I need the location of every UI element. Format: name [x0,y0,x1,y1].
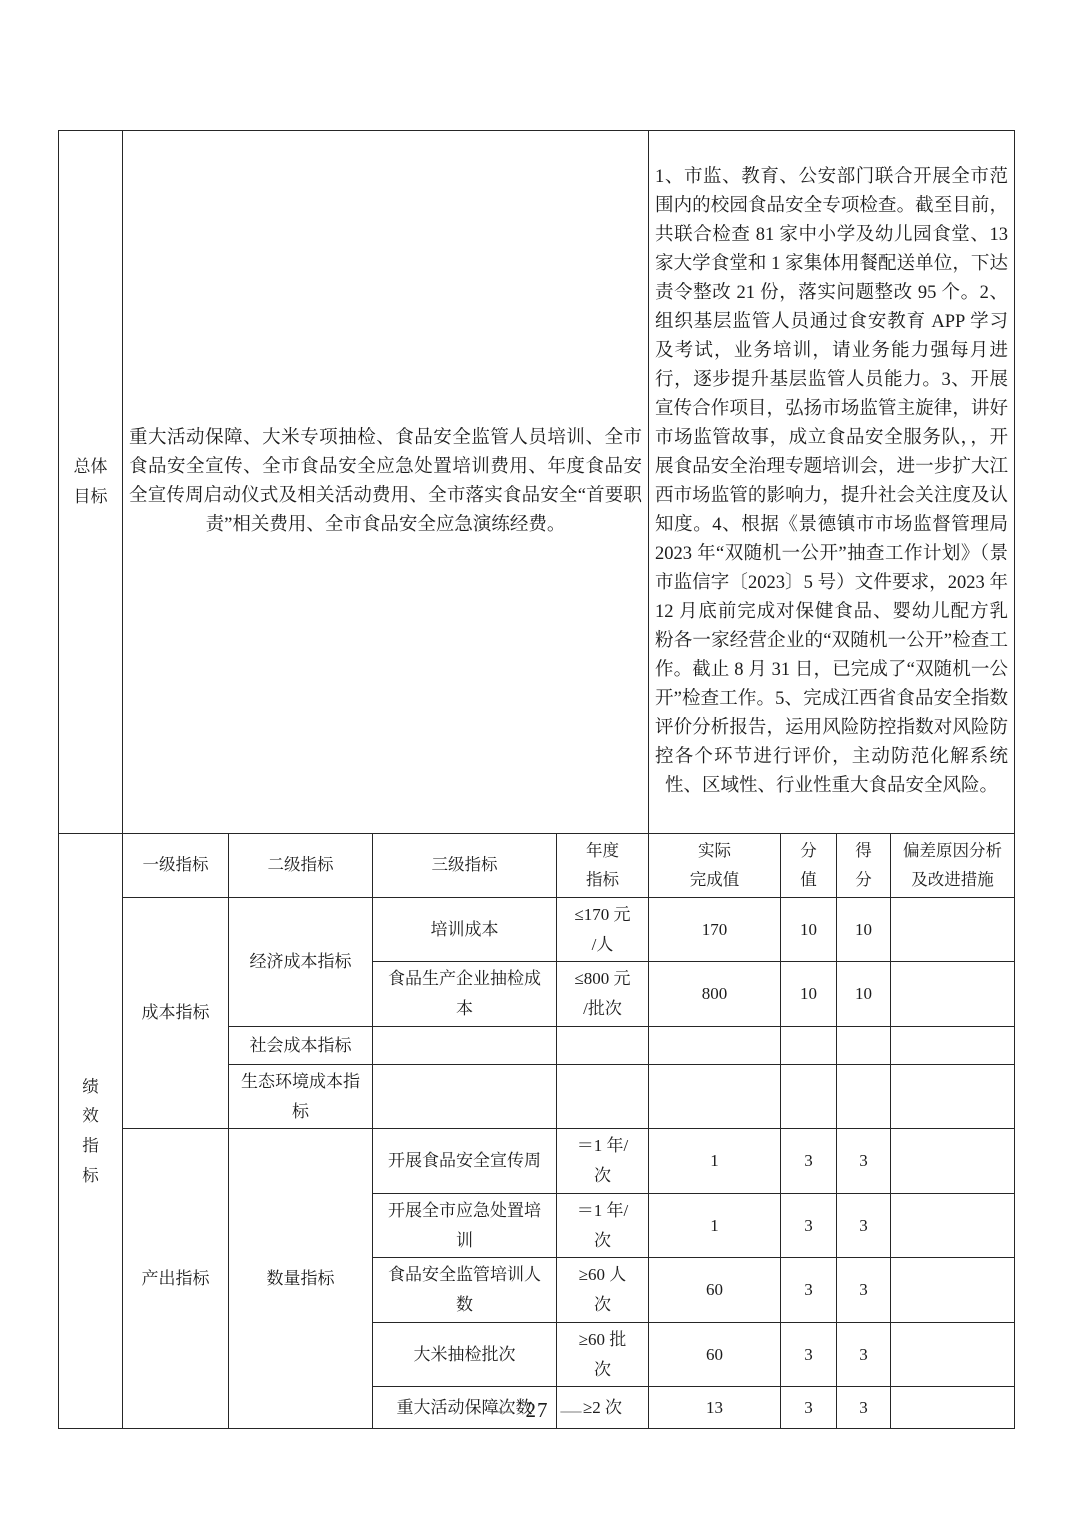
cell-score: 3 [837,1258,891,1323]
cell-actual-value: 170 [649,897,781,962]
footer-right-dash: — [561,1398,583,1422]
indicator-header-row: 绩 效 指 标 一级指标 二级指标 三级指标 年度 指标 实际 完成值 分 值 … [59,833,1015,897]
cell-score-value [781,1064,837,1129]
cell-actual-value [649,1064,781,1129]
cell-level3-training-cost: 培训成本 [373,897,557,962]
page-number: 27 [526,1398,549,1422]
cell-score-value: 3 [781,1129,837,1194]
cell-annual-target [557,1064,649,1129]
cell-level3-empty [373,1026,557,1064]
cell-deviation [891,1026,1015,1064]
cell-score: 10 [837,962,891,1027]
cell-score-value: 3 [781,1258,837,1323]
header-score: 得 分 [837,833,891,897]
cell-score [837,1064,891,1129]
cell-annual-target: ≥60 人 次 [557,1258,649,1323]
cell-level2-eco-env-cost: 生态环境成本指 标 [229,1064,373,1129]
footer-left-dash: — [492,1398,514,1422]
cell-level3-rice-sampling: 大米抽检批次 [373,1322,557,1387]
cell-level2-quantity: 数量指标 [229,1129,373,1429]
cell-level2-social-cost: 社会成本指标 [229,1026,373,1064]
cell-level1-output: 产出指标 [123,1129,229,1429]
header-deviation: 偏差原因分析 及改进措施 [891,833,1015,897]
header-level2: 二级指标 [229,833,373,897]
cell-deviation [891,1064,1015,1129]
cell-annual-target: ≤800 元 /批次 [557,962,649,1027]
cell-deviation [891,1322,1015,1387]
header-level3: 三级指标 [373,833,557,897]
annual-summary-cell: 1、市监、教育、公安部门联合开展全市范围内的校园食品安全专项检查。截至目前，共联… [649,131,1015,834]
cell-score-value: 10 [781,897,837,962]
cell-level1-cost: 成本指标 [123,897,229,1129]
cell-actual-value: 1 [649,1129,781,1194]
cell-level3-emergency-training: 开展全市应急处置培 训 [373,1193,557,1258]
cell-score-value: 3 [781,1193,837,1258]
cell-annual-target [557,1026,649,1064]
cell-score-value [781,1026,837,1064]
cell-score: 10 [837,897,891,962]
cell-level3-empty [373,1064,557,1129]
cell-actual-value: 60 [649,1258,781,1323]
overall-goal-row-label: 总体 目标 [59,131,123,834]
cell-level3-sampling-cost: 食品生产企业抽检成 本 [373,962,557,1027]
cell-annual-target: ＝1 年/ 次 [557,1193,649,1258]
performance-row-label: 绩 效 指 标 [59,833,123,1429]
document-page: 总体 目标 重大活动保障、大米专项抽检、食品安全监管人员培训、全市食品安全宣传、… [0,0,1074,1520]
cell-annual-target: ≥60 批 次 [557,1322,649,1387]
performance-report-table: 总体 目标 重大活动保障、大米专项抽检、食品安全监管人员培训、全市食品安全宣传、… [58,130,1015,1429]
table-row: 产出指标 数量指标 开展食品安全宣传周 ＝1 年/ 次 1 3 3 [59,1129,1015,1194]
cell-level2-economic-cost: 经济成本指标 [229,897,373,1026]
cell-annual-target: ＝1 年/ 次 [557,1129,649,1194]
cell-score: 3 [837,1193,891,1258]
cell-actual-value [649,1026,781,1064]
header-actual-value: 实际 完成值 [649,833,781,897]
cell-deviation [891,1193,1015,1258]
cell-level3-supervision-trainees: 食品安全监管培训人 数 [373,1258,557,1323]
project-description-cell: 重大活动保障、大米专项抽检、食品安全监管人员培训、全市食品安全宣传、全市食品安全… [123,131,649,834]
cell-deviation [891,962,1015,1027]
table-row: 成本指标 经济成本指标 培训成本 ≤170 元 /人 170 10 10 [59,897,1015,962]
cell-deviation [891,897,1015,962]
cell-deviation [891,1129,1015,1194]
cell-actual-value: 800 [649,962,781,1027]
cell-level3-publicity-week: 开展食品安全宣传周 [373,1129,557,1194]
header-level1: 一级指标 [123,833,229,897]
project-description-text: 重大活动保障、大米专项抽检、食品安全监管人员培训、全市食品安全宣传、全市食品安全… [129,424,642,540]
cell-deviation [891,1258,1015,1323]
header-score-value: 分 值 [781,833,837,897]
cell-score-value: 10 [781,962,837,1027]
header-annual-target: 年度 指标 [557,833,649,897]
overall-goal-row: 总体 目标 重大活动保障、大米专项抽检、食品安全监管人员培训、全市食品安全宣传、… [59,131,1015,834]
cell-actual-value: 1 [649,1193,781,1258]
cell-score [837,1026,891,1064]
annual-summary-text: 1、市监、教育、公安部门联合开展全市范围内的校园食品安全专项检查。截至目前，共联… [655,163,1008,801]
cell-score: 3 [837,1129,891,1194]
page-footer: —27— [0,1398,1074,1423]
cell-score: 3 [837,1322,891,1387]
cell-annual-target: ≤170 元 /人 [557,897,649,962]
cell-score-value: 3 [781,1322,837,1387]
cell-actual-value: 60 [649,1322,781,1387]
